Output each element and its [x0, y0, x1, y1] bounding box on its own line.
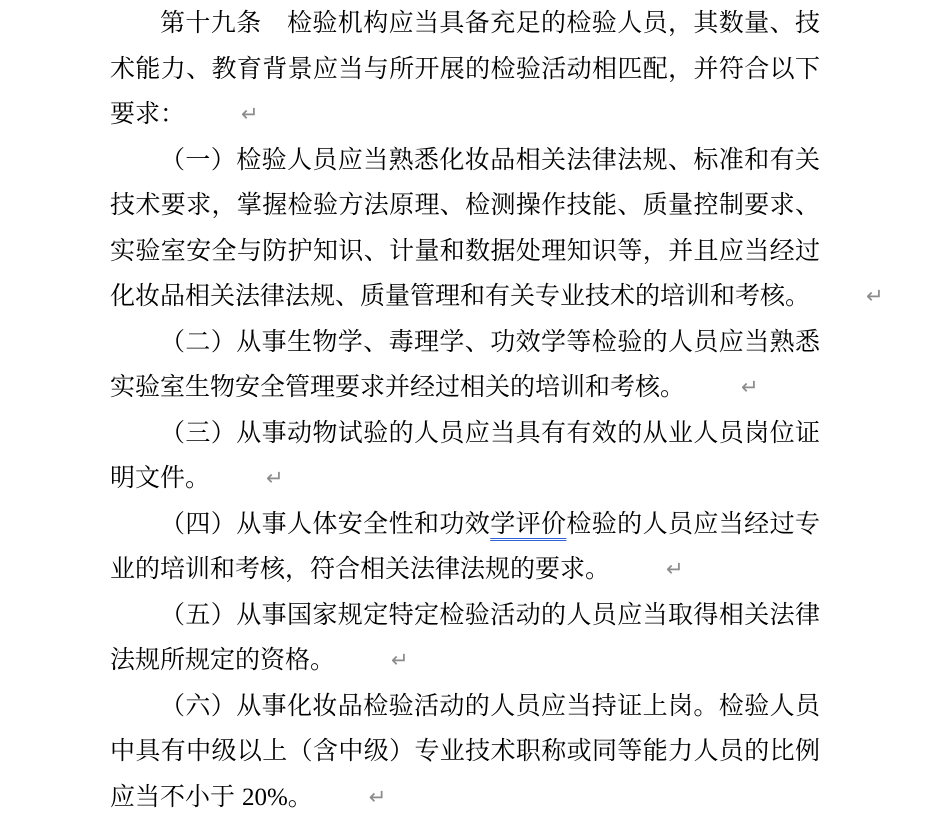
text-run: （三）从事动物试验的人员应当具有有效的从业人员岗位证明文件。 — [110, 419, 820, 493]
text-run: （二）从事生物学、毒理学、功效学等检验的人员应当熟悉实验室生物安全管理要求并经过… — [110, 328, 820, 402]
text-run: 第十九条 检验机构应当具备充足的检验人员，其数量、技术能力、教育背景应当与所开展… — [110, 9, 820, 128]
grammar-check-underlined-text: 学评价 — [490, 510, 566, 538]
paragraph-item-6: （六）从事化妆品检验活动的人员应当持证上岗。检验人员中具有中级以上（含中级）专业… — [110, 684, 820, 821]
paragraph-item-2: （二）从事生物学、毒理学、功效学等检验的人员应当熟悉实验室生物安全管理要求并经过… — [110, 320, 820, 411]
text-run: （六）从事化妆品检验活动的人员应当持证上岗。检验人员中具有中级以上（含中级）专业… — [110, 692, 820, 811]
percentage-value: 20% — [242, 784, 288, 811]
paragraph-item-3: （三）从事动物试验的人员应当具有有效的从业人员岗位证明文件。↵ — [110, 411, 820, 502]
paragraph-item-1: （一）检验人员应当熟悉化妆品相关法律法规、标准和有关技术要求，掌握检验方法原理、… — [110, 138, 820, 320]
text-run: 。 — [288, 783, 313, 811]
document-page: 第十九条 检验机构应当具备充足的检验人员，其数量、技术能力、教育背景应当与所开展… — [110, 1, 820, 820]
text-run: （一）检验人员应当熟悉化妆品相关法律法规、标准和有关技术要求，掌握检验方法原理、… — [110, 146, 820, 311]
paragraph-item-4: （四）从事人体安全性和功效学评价检验的人员应当经过专业的培训和考核，符合相关法律… — [110, 502, 820, 593]
paragraph-article-19: 第十九条 检验机构应当具备充足的检验人员，其数量、技术能力、教育背景应当与所开展… — [110, 1, 820, 138]
text-run: （五）从事国家规定特定检验活动的人员应当取得相关法律法规所规定的资格。 — [110, 601, 820, 675]
text-run: （四）从事人体安全性和功效 — [160, 510, 490, 538]
paragraph-item-5: （五）从事国家规定特定检验活动的人员应当取得相关法律法规所规定的资格。↵ — [110, 593, 820, 684]
